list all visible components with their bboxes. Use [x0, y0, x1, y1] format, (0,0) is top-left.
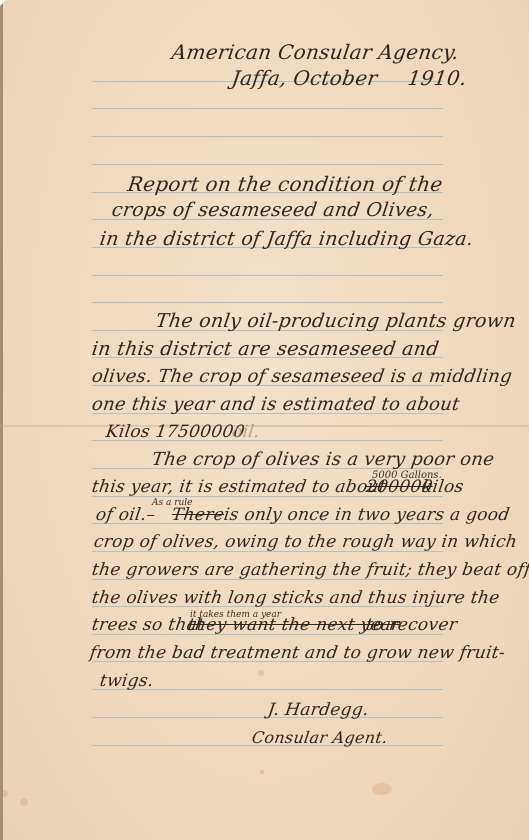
p1-line-4: one this year and is estimated to about [91, 394, 462, 415]
p2-line-8: from the bad treatment and to grow new f… [89, 643, 507, 663]
ruled-line [92, 108, 443, 109]
struck-there: There [171, 505, 226, 525]
page-edge [0, 0, 3, 840]
p2-line-2-start: this year, it is estimated to about [91, 477, 388, 497]
kilos-amount: Kilos 17500000 [105, 422, 246, 442]
ruled-line [92, 136, 443, 137]
faint-oil-text: oil. [231, 422, 262, 442]
p2-line-7-end: to recover [365, 615, 459, 635]
ruled-line [92, 164, 443, 165]
ruled-line [92, 302, 443, 303]
stain [260, 770, 264, 774]
title-line-1: Report on the condition of the [126, 172, 444, 196]
p1-line-1: The only oil-producing plants grown [154, 310, 517, 332]
p2-line-2-end: kilos [421, 477, 465, 497]
stain [20, 798, 28, 806]
letter-page: American Consular Agency. Jaffa, October… [0, 0, 529, 840]
signature-title: Consular Agent. [251, 728, 389, 747]
p2-line-4: crop of olives, owing to the rough way i… [93, 532, 519, 552]
stain [2, 790, 8, 797]
p1-line-2: in this district are sesameseed and [90, 338, 440, 360]
stain [258, 670, 264, 676]
stain [372, 783, 392, 795]
mouse-cursor-icon [0, 0, 6, 6]
place-date: Jaffa, October [230, 66, 379, 90]
p2-line-9: twigs. [99, 671, 155, 691]
p2-line-6: the olives with long sticks and thus inj… [91, 588, 501, 608]
title-line-3: in the district of Jaffa including Gaza. [98, 228, 474, 250]
p1-line-3: olives. The crop of sesameseed is a midd… [91, 366, 514, 387]
p2-line-3-rest: is only once in two years a good [223, 505, 511, 525]
p2-line-3-start: of oil.– [95, 505, 157, 525]
ruled-line [92, 275, 443, 276]
p2-line-1: The crop of olives is a very poor one [151, 449, 496, 470]
signature-name: J. Hardegg. [267, 700, 371, 720]
agency-heading: American Consular Agency. [170, 40, 460, 64]
fold-crease [0, 425, 529, 427]
year: 1910. [406, 66, 468, 90]
p2-line-5: the growers are gathering the fruit; the… [91, 560, 529, 580]
title-line-2: crops of sesameseed and Olives, [110, 199, 435, 221]
